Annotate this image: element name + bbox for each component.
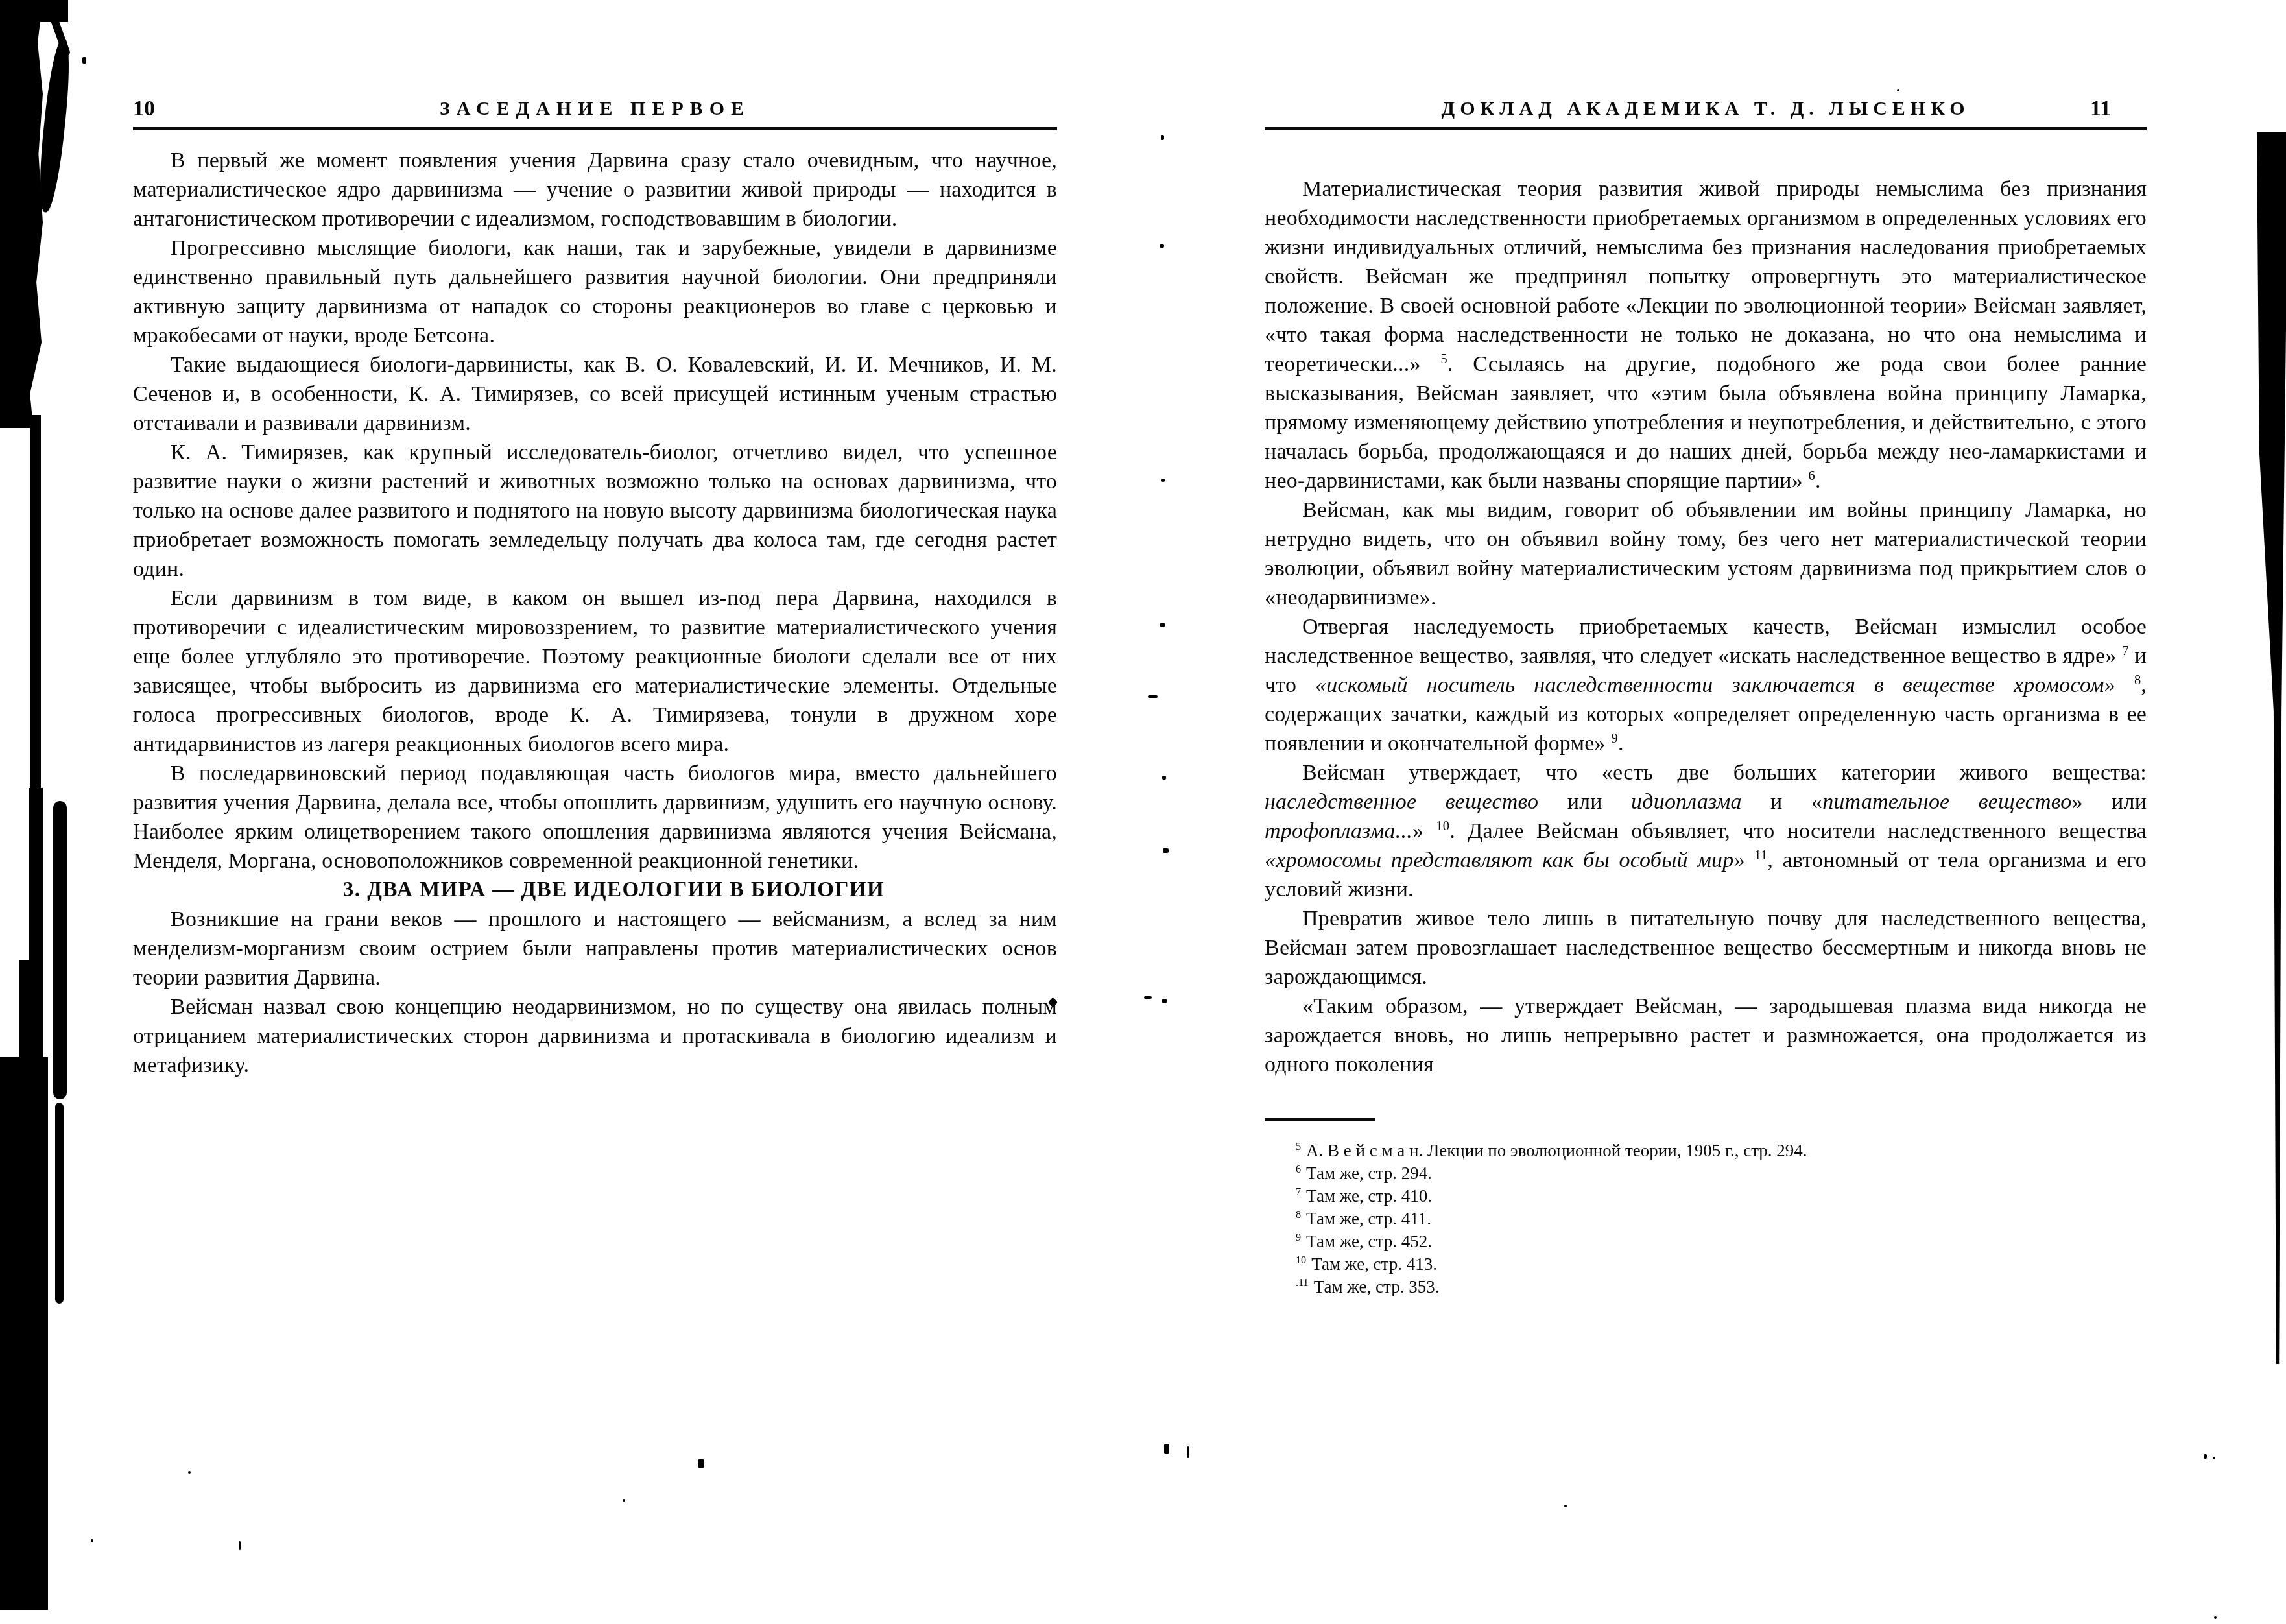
paragraph: Превратив живое тело лишь в питательную … <box>1265 904 2147 992</box>
footnote: 10Там же, стр. 413. <box>1265 1253 2147 1276</box>
left-page: 10 ЗАСЕДАНИЕ ПЕРВОЕ В первый же момент п… <box>133 96 1057 1080</box>
footnote: 9Там же, стр. 452. <box>1265 1230 2147 1253</box>
paragraph: «Таким образом, — утверждает Вейсман, — … <box>1265 992 2147 1079</box>
left-page-number: 10 <box>133 96 155 122</box>
footnote-number: 5 <box>1296 1141 1301 1152</box>
paragraph: К. А. Тимирязев, как крупный исследовате… <box>133 438 1057 584</box>
left-running-head: 10 ЗАСЕДАНИЕ ПЕРВОЕ <box>133 96 1057 126</box>
footnote: 8Там же, стр. 411. <box>1265 1208 2147 1230</box>
scan-speck <box>2214 1616 2217 1619</box>
footnote-rule <box>1265 1118 1375 1121</box>
scan-hook-blob <box>35 37 74 213</box>
scan-speck <box>91 1539 93 1542</box>
scan-speck <box>239 1541 241 1550</box>
footnote-text: Там же, стр. 294. <box>1306 1164 1432 1183</box>
scan-speck <box>698 1459 704 1468</box>
footnotes-block: 5А. В е й с м а н. Лекции по эволюционно… <box>1265 1118 2147 1298</box>
scan-speck <box>623 1499 625 1502</box>
right-body-text: Материалистическая теория развития живой… <box>1265 174 2147 1079</box>
scan-speck <box>1162 999 1167 1003</box>
book-scan: { "left_page": { "page_number": "10", "r… <box>0 0 2286 1624</box>
scan-speck <box>1144 996 1152 999</box>
footnote-text: Там же, стр. 353. <box>1314 1277 1440 1296</box>
scan-speck <box>1148 695 1158 698</box>
footnote: 7Там же, стр. 410. <box>1265 1185 2147 1208</box>
footnote-text: Там же, стр. 411. <box>1306 1209 1431 1228</box>
scan-speck <box>1160 623 1165 627</box>
footnote-number: 7 <box>1296 1186 1301 1198</box>
scan-speck <box>1564 1505 1567 1507</box>
paragraph: Возникшие на грани веков — прошлого и на… <box>133 905 1057 992</box>
scan-border-left-blob <box>0 0 43 428</box>
footnote: 5А. В е й с м а н. Лекции по эволюционно… <box>1265 1140 2147 1162</box>
footnote-text: А. В е й с м а н. Лекции по эволюционной… <box>1306 1141 1807 1160</box>
scan-speck <box>82 57 86 64</box>
scan-speck <box>1897 89 1899 91</box>
right-head-rule <box>1265 127 2147 130</box>
scan-streak-bottom <box>55 1103 64 1304</box>
left-running-title: ЗАСЕДАНИЕ ПЕРВОЕ <box>133 96 1057 122</box>
footnote-number: 8 <box>1296 1209 1301 1221</box>
scan-speck <box>1161 135 1164 140</box>
paragraph: Такие выдающиеся биологи-дарвинисты, как… <box>133 350 1057 438</box>
scan-speck <box>1162 776 1166 780</box>
scan-speck <box>1161 479 1165 482</box>
paragraph: В последарвиновский период подавляющая ч… <box>133 759 1057 876</box>
footnote-text: Там же, стр. 452. <box>1306 1232 1432 1251</box>
footnote-text: Там же, стр. 413. <box>1311 1254 1437 1274</box>
scan-speck <box>1163 848 1169 853</box>
scan-border-right-wedge <box>2254 132 2286 1364</box>
paragraph: В первый же момент появления учения Дарв… <box>133 146 1057 233</box>
paragraph: Вейсман, как мы видим, говорит об объявл… <box>1265 496 2147 612</box>
scan-speck <box>2204 1454 2207 1459</box>
scan-blob-lower <box>53 801 67 1099</box>
paragraph: Вейсман назвал свою концепцию неодарвини… <box>133 992 1057 1080</box>
right-running-head: ДОКЛАД АКАДЕМИКА Т. Д. ЛЫСЕНКО 11 <box>1265 96 2147 126</box>
footnote-number: 9 <box>1296 1232 1301 1243</box>
scan-speck <box>1164 1444 1169 1454</box>
scan-speck <box>2213 1457 2215 1459</box>
scan-speck <box>188 1471 191 1474</box>
scan-strip-mid <box>30 415 41 798</box>
paragraph: Если дарвинизм в том виде, в каком он вы… <box>133 584 1057 759</box>
left-body-text: В первый же момент появления учения Дарв… <box>133 146 1057 1080</box>
footnote-number: 6 <box>1296 1164 1301 1175</box>
footnote: 6Там же, стр. 294. <box>1265 1162 2147 1185</box>
footnote: .11Там же, стр. 353. <box>1265 1276 2147 1298</box>
section-heading: 3. ДВА МИРА — ДВЕ ИДЕОЛОГИИ В БИОЛОГИИ <box>133 876 1057 905</box>
paragraph: Отвергая наследуемость приобретаемых кач… <box>1265 612 2147 758</box>
left-head-rule <box>133 127 1057 130</box>
scan-speck <box>1187 1446 1189 1458</box>
paragraph: Вейсман утверждает, что «есть две больши… <box>1265 758 2147 904</box>
right-running-title: ДОКЛАД АКАДЕМИКА Т. Д. ЛЫСЕНКО <box>1265 96 2147 122</box>
footnote-number: .11 <box>1296 1277 1309 1289</box>
footnote-text: Там же, стр. 410. <box>1306 1186 1432 1206</box>
scan-speck <box>1160 244 1164 248</box>
scan-band-bottom <box>0 1057 48 1610</box>
paragraph: Материалистическая теория развития живой… <box>1265 174 2147 496</box>
right-page: ДОКЛАД АКАДЕМИКА Т. Д. ЛЫСЕНКО 11 Матери… <box>1265 96 2147 1298</box>
right-page-number: 11 <box>2090 96 2111 122</box>
footnote-number: 10 <box>1296 1254 1306 1266</box>
paragraph: Прогрессивно мыслящие биологи, как наши,… <box>133 233 1057 350</box>
